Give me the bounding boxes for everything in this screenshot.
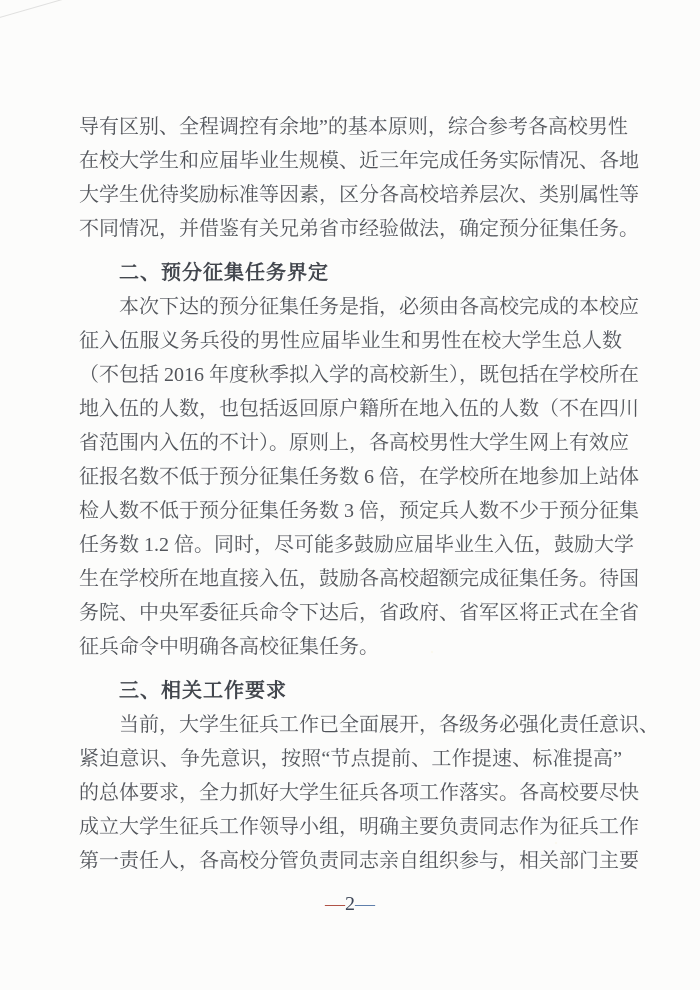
text-line: 导有区别、全程调控有余地”的基本原则，综合参考各高校男性 [79,110,622,144]
heading-text: 三、相关工作要求 [79,674,622,708]
text-line: （不包括 2016 年度秋季拟入学的高校新生），既包括在学校所在 [79,358,622,392]
text-line: 省范围内入伍的不计）。原则上，各高校男性大学生网上有效应 [79,426,622,460]
text-line: 任务数 1.2 倍。同时，尽可能多鼓励应届毕业生入伍，鼓励大学 [79,528,622,562]
paragraph: 导有区别、全程调控有余地”的基本原则，综合参考各高校男性在校大学生和应届毕业生规… [79,110,622,246]
scanned-document-page: 导有区别、全程调控有余地”的基本原则，综合参考各高校男性在校大学生和应届毕业生规… [0,0,700,990]
paragraph: 当前，大学生征兵工作已全面展开，各级务必强化责任意识、紧迫意识、争先意识，按照“… [79,708,622,878]
paragraph: 本次下达的预分征集任务是指，必须由各高校完成的本校应征入伍服义务兵役的男性应届毕… [79,290,622,664]
text-line: 地入伍的人数，也包括返回原户籍所在地入伍的人数（不在四川 [79,392,622,426]
text-line: 征兵命令中明确各高校征集任务。 [79,630,622,664]
page-number-dash-left: — [325,893,345,915]
page-number-dash-right: — [355,893,375,915]
text-line: 不同情况，并借鉴有关兄弟省市经验做法，确定预分征集任务。 [79,212,622,246]
heading-text: 二、预分征集任务界定 [79,256,622,290]
text-line: 大学生优待奖励标准等因素，区分各高校培养层次、类别属性等 [79,178,622,212]
page-number: 2 [345,893,355,915]
page-footer: —2— [0,893,700,915]
text-line: 第一责任人，各高校分管负责同志亲自组织参与，相关部门主要 [79,844,622,878]
text-line: 当前，大学生征兵工作已全面展开，各级务必强化责任意识、 [79,708,622,742]
document-content: 导有区别、全程调控有余地”的基本原则，综合参考各高校男性在校大学生和应届毕业生规… [79,110,622,878]
text-line: 紧迫意识、争先意识，按照“节点提前、工作提速、标准提高” [79,742,622,776]
text-line: 检人数不低于预分征集任务数 3 倍，预定兵人数不少于预分征集 [79,494,622,528]
text-line: 的总体要求，全力抓好大学生征兵各项工作落实。各高校要尽快 [79,776,622,810]
text-line: 征报名数不低于预分征集任务数 6 倍，在学校所在地参加上站体 [79,460,622,494]
text-line: 征入伍服义务兵役的男性应届毕业生和男性在校大学生总人数 [79,324,622,358]
text-line: 务院、中央军委征兵命令下达后，省政府、省军区将正式在全省 [79,596,622,630]
text-line: 生在学校所在地直接入伍，鼓励各高校超额完成征集任务。待国 [79,562,622,596]
text-line: 在校大学生和应届毕业生规模、近三年完成任务实际情况、各地 [79,144,622,178]
section-heading: 三、相关工作要求 [79,674,622,708]
section-heading: 二、预分征集任务界定 [79,256,622,290]
text-line: 成立大学生征兵工作领导小组，明确主要负责同志作为征兵工作 [79,810,622,844]
text-line: 本次下达的预分征集任务是指，必须由各高校完成的本校应 [79,290,622,324]
